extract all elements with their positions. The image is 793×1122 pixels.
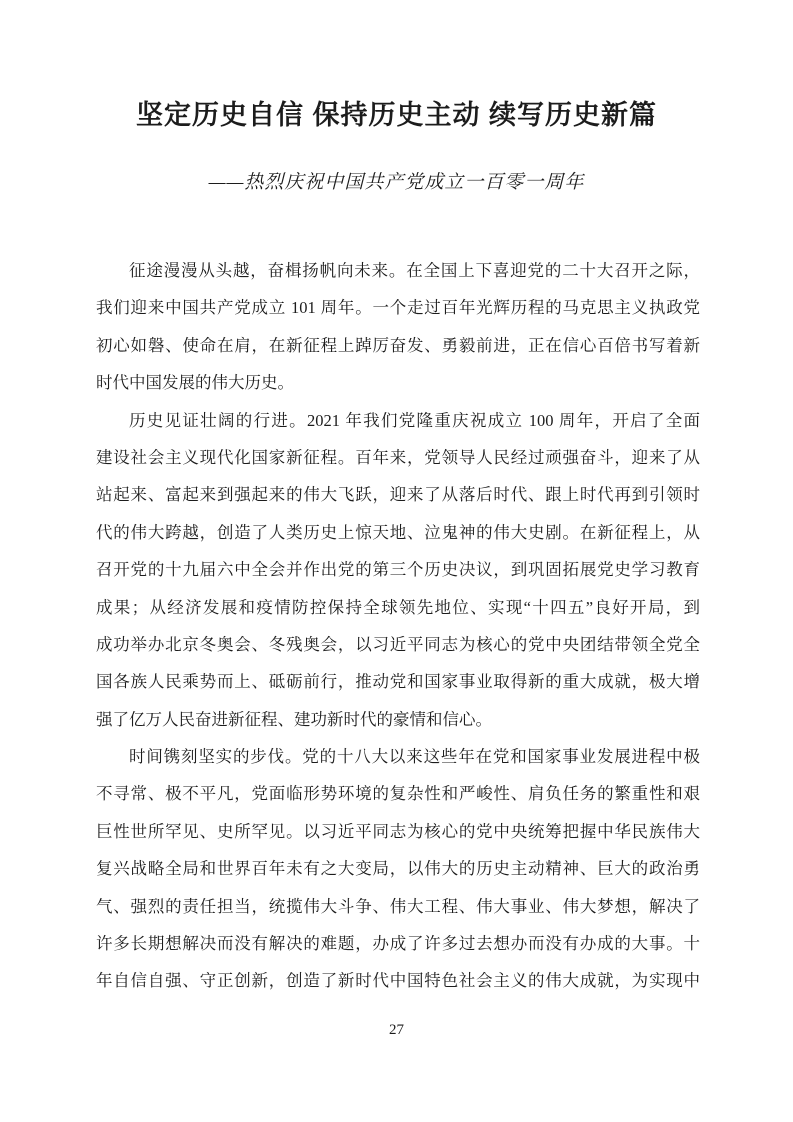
document-subtitle: ——热烈庆祝中国共产党成立一百零一周年 [96,170,697,196]
text-line: 年自信自强、守正创新，创造了新时代中国特色社会主义的伟大成就，为实现中 [96,962,700,999]
text-line: 历史见证壮阔的行进。2021 年我们党隆重庆祝成立 100 周年，开启了全面 [96,402,700,439]
paragraph: 历史见证壮阔的行进。2021 年我们党隆重庆祝成立 100 周年，开启了全面建设… [96,402,700,739]
text-line: 初心如磐、使命在肩，在新征程上踔厉奋发、勇毅前进，正在信心百倍书写着新 [96,327,700,364]
paragraph: 时间镌刻坚实的步伐。党的十八大以来这些年在党和国家事业发展进程中极不寻常、极不平… [96,738,700,1000]
page-number: 27 [0,1020,793,1040]
text-line: 征途漫漫从头越，奋楫扬帆向未来。在全国上下喜迎党的二十大召开之际， [96,252,700,289]
text-line: 许多长期想解决而没有解决的难题，办成了许多过去想办而没有办成的大事。十 [96,925,700,962]
text-line: 时代中国发展的伟大历史。 [96,364,700,401]
text-line: 代的伟大跨越，创造了人类历史上惊天地、泣鬼神的伟大史剧。在新征程上，从 [96,514,700,551]
text-line: 站起来、富起来到强起来的伟大飞跃，迎来了从落后时代、跟上时代再到引领时 [96,476,700,513]
text-line: 建设社会主义现代化国家新征程。百年来，党领导人民经过顽强奋斗，迎来了从 [96,439,700,476]
text-line: 我们迎来中国共产党成立 101 周年。一个走过百年光辉历程的马克思主义执政党 [96,289,700,326]
text-line: 成功举办北京冬奥会、冬残奥会，以习近平同志为核心的党中央团结带领全党全 [96,626,700,663]
text-line: 召开党的十九届六中全会并作出党的第三个历史决议，到巩固拓展党史学习教育 [96,551,700,588]
document-title: 坚定历史自信 保持历史主动 续写历史新篇 [96,96,697,134]
text-line: 时间镌刻坚实的步伐。党的十八大以来这些年在党和国家事业发展进程中极 [96,738,700,775]
text-line: 复兴战略全局和世界百年未有之大变局，以伟大的历史主动精神、巨大的政治勇 [96,850,700,887]
text-line: 强了亿万人民奋进新征程、建功新时代的豪情和信心。 [96,701,700,738]
text-line: 国各族人民乘势而上、砥砺前行，推动党和国家事业取得新的重大成就，极大增 [96,663,700,700]
text-line: 不寻常、极不平凡，党面临形势环境的复杂性和严峻性、肩负任务的繁重性和艰 [96,775,700,812]
text-line: 成果；从经济发展和疫情防控保持全球领先地位、实现“十四五”良好开局，到 [96,589,700,626]
text-line: 巨性世所罕见、史所罕见。以习近平同志为核心的党中央统筹把握中华民族伟大 [96,813,700,850]
text-line: 气、强烈的责任担当，统揽伟大斗争、伟大工程、伟大事业、伟大梦想，解决了 [96,888,700,925]
document-page: 坚定历史自信 保持历史主动 续写历史新篇 ——热烈庆祝中国共产党成立一百零一周年… [0,0,793,1122]
document-body: 征途漫漫从头越，奋楫扬帆向未来。在全国上下喜迎党的二十大召开之际，我们迎来中国共… [96,252,700,1000]
paragraph: 征途漫漫从头越，奋楫扬帆向未来。在全国上下喜迎党的二十大召开之际，我们迎来中国共… [96,252,700,402]
